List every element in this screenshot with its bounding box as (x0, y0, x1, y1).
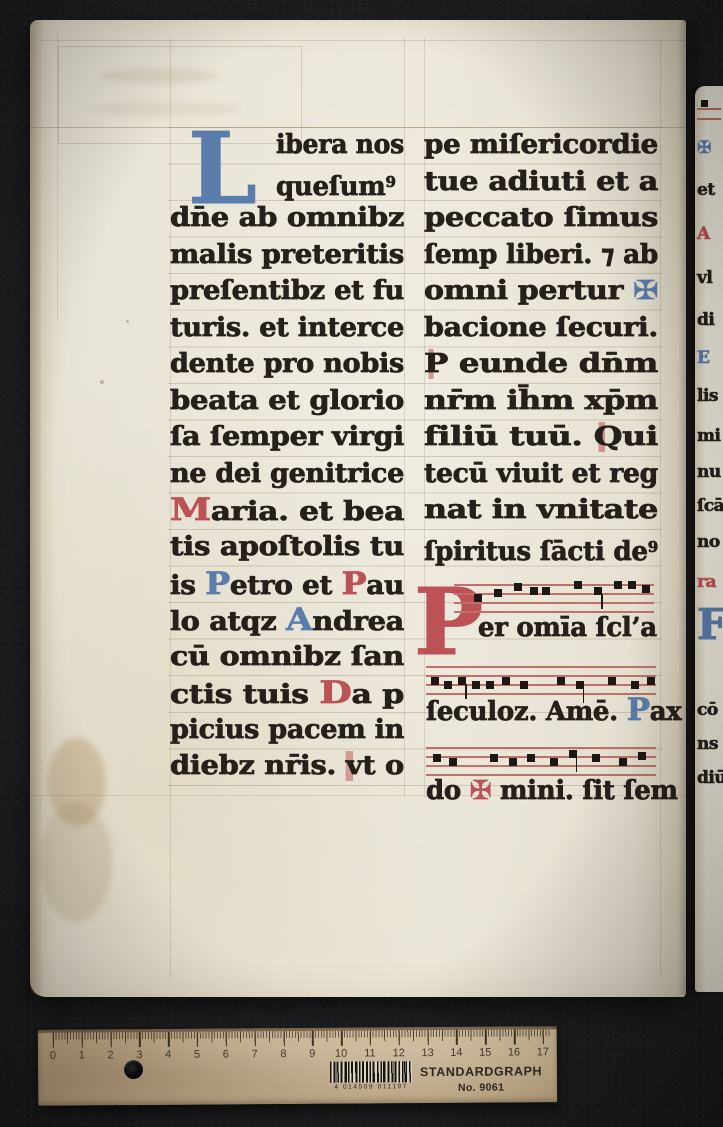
text-segment: 9 (648, 538, 658, 556)
text-segment: M (170, 492, 211, 528)
staff-line (454, 593, 654, 595)
ruler-cm-number: 16 (505, 1046, 523, 1058)
text-line: tis apoſtolis tu (170, 529, 406, 566)
text-segment: diebz nr̄is. (170, 751, 346, 781)
text-line: ſpiritus ſācti de9 (424, 529, 660, 566)
manuscript-page: L ibera nosqueſum9dn̄e ab omnibzmalis pr… (30, 20, 686, 997)
ruler-cm-number: 3 (130, 1049, 148, 1061)
text-segment: 9 (385, 173, 395, 191)
ruler-cm-tick (427, 1030, 428, 1045)
text-line: ſemp liberi. ⁊ ab (424, 237, 660, 274)
text-line: P eunde dn̄m (424, 346, 660, 383)
text-segment: turis. et interce (170, 313, 404, 343)
text-line: ne dei genitrice (170, 456, 406, 493)
fore-edge-fragment: diū (697, 768, 723, 788)
text-line: pe miſericordie (424, 127, 660, 164)
fore-edge-fragment: F (697, 600, 723, 649)
ruler-cm-number: 13 (419, 1047, 437, 1059)
ruler-cm-number: 12 (390, 1047, 408, 1059)
text-line: peccato ſimus (424, 200, 660, 237)
text-segment: preſentibz et fu (170, 276, 404, 306)
fore-edge-fragment (701, 100, 708, 107)
text-segment: mini. ſit ſem (491, 776, 677, 806)
ruler-cm-number: 15 (476, 1047, 494, 1059)
ruler-cm-number: 8 (274, 1048, 292, 1060)
ruler-cm-number: 0 (44, 1050, 62, 1062)
neume-note (638, 752, 646, 760)
ruler-cm-number: 11 (361, 1047, 379, 1059)
fore-edge-fragment: ns (697, 734, 723, 754)
text-line: is Petro et Pau (170, 566, 406, 603)
fore-edge-fragment: ſcā (697, 496, 723, 516)
text-segment: malis preteritis (170, 240, 404, 270)
staff-line (426, 747, 656, 749)
neume-note (542, 587, 550, 595)
text-segment: ui (622, 422, 658, 452)
ruling-vertical (57, 30, 58, 320)
neume-note (431, 677, 439, 685)
ruler-cm-tick (254, 1031, 255, 1046)
ruler-cm-tick (197, 1032, 198, 1047)
neume-tail (601, 594, 603, 609)
text-segment: eunde dn̄m (448, 349, 658, 379)
ruler-hanging-hole (124, 1060, 143, 1079)
barcode-digits: 4 014509 011197 (326, 1083, 416, 1091)
fore-edge-fragment: ✠ (697, 138, 723, 158)
text-line: filiū tuū. Qui (424, 419, 660, 456)
ruler-cm-tick (543, 1029, 544, 1044)
neume-note (490, 754, 498, 762)
text-segment: tis apoſtolis tu (170, 532, 404, 562)
neume-note (449, 758, 457, 766)
text-line: dente pro nobis (170, 346, 406, 383)
text-line: tecū viuit et reg (424, 456, 660, 493)
text-line: malis preteritis (170, 237, 406, 274)
ruler-brand: STANDARDGRAPH (418, 1064, 544, 1079)
neume-note (502, 677, 510, 685)
text-segment: aria. et bea (211, 497, 404, 527)
ruler-halfcm-ticks (53, 1029, 551, 1043)
fore-edge-fragment: di (697, 310, 723, 330)
ruler-cm-tick (226, 1031, 227, 1046)
fore-edge-fragment: nu (697, 462, 723, 482)
text-segment: ſa ſemper virgi (170, 422, 404, 452)
text-segment: ctis tuis (170, 680, 319, 710)
text-segment: t o (362, 751, 404, 781)
neume-note (647, 677, 655, 685)
text-segment: ſeculoz. Amē. (426, 697, 627, 727)
ruler-cm-number: 6 (217, 1048, 235, 1060)
chant-lyric-line: er omīa ſcl’a (478, 610, 657, 647)
fore-edge-fragment: E (697, 348, 723, 368)
text-segment: tue adiuti et a (424, 167, 658, 197)
text-segment: dente pro nobis (170, 349, 404, 379)
text-line: tue adiuti et a (424, 164, 660, 201)
chant-lyric-line: ſeculoz. Amē. Pax (426, 692, 681, 729)
ruler-cm-tick (312, 1031, 313, 1046)
staff-line (426, 666, 656, 668)
neume-note (550, 758, 558, 766)
text-line: diebz nr̄is. vt o (170, 748, 406, 785)
ruler-cm-number: 2 (102, 1049, 120, 1061)
text-segment: ✠ (470, 776, 492, 806)
staff-line (454, 584, 654, 586)
parchment-stain (40, 802, 112, 922)
photo-scene: L ibera nosqueſum9dn̄e ab omnibzmalis pr… (0, 0, 723, 1127)
ruler-cm-number: 14 (447, 1047, 465, 1059)
text-segment: do (426, 776, 470, 806)
text-segment: nr̄m ih̄m xp̄m (424, 386, 658, 416)
ruler-cm-tick (456, 1030, 457, 1045)
text-segment: D (319, 675, 351, 711)
chant-lyric-line: do ✠ mini. ſit ſem (426, 773, 678, 810)
fore-edge-fragment (697, 108, 721, 110)
text-line: ſa ſemper virgi (170, 419, 406, 456)
text-segment: is (170, 571, 205, 601)
ruler-cm-tick (514, 1029, 515, 1044)
neume-tail (576, 757, 578, 772)
text-segment: P (424, 349, 448, 379)
ruler-cm-number: 5 (188, 1049, 206, 1061)
neume-note (642, 585, 650, 593)
text-segment: a p (352, 680, 404, 710)
ruler-cm-tick (283, 1031, 284, 1046)
ruler-barcode-group: 4 014509 011197 (326, 1061, 416, 1091)
ruler-model-number: No. 9061 (418, 1081, 544, 1094)
text-segment: ibera nos (276, 130, 404, 160)
ruler-cm-number: 7 (246, 1048, 264, 1060)
ruler-cm-number: 1 (73, 1049, 91, 1061)
text-segment: ſpiritus ſācti de (424, 537, 648, 567)
ruler-cm-tick (82, 1032, 83, 1047)
ruler-cm-tick (399, 1030, 400, 1045)
ruler-cm-tick (341, 1031, 342, 1046)
text-line: nr̄m ih̄m xp̄m (424, 383, 660, 420)
text-segment: pe miſericordie (424, 130, 658, 160)
fore-edge-next-page: ✠etAvldiElisminuſcānoraFcōnsdiū (695, 86, 723, 992)
text-segment: er omīa ſcl’a (478, 613, 657, 643)
neume-note (614, 581, 622, 589)
right-text-column: pe miſericordietue adiuti et apeccato ſi… (424, 127, 660, 566)
fore-edge-fragment: A (697, 224, 723, 244)
text-segment: A (286, 602, 312, 638)
neume-note (608, 677, 616, 685)
ruler-cm-tick (110, 1032, 111, 1047)
ruler-cm-tick (53, 1033, 54, 1048)
text-segment: ſemp liberi. ⁊ ab (424, 240, 658, 270)
ruler-cm-number: 10 (332, 1048, 350, 1060)
ruler-cm-number: 9 (303, 1048, 321, 1060)
neume-note (628, 581, 636, 589)
ruler: 4 014509 011197 STANDARDGRAPH No. 9061 0… (38, 1026, 558, 1106)
text-segment: P (205, 566, 230, 602)
ruler-cm-number: 4 (159, 1049, 177, 1061)
text-line: ibera nos (170, 127, 406, 164)
text-line: queſum9 (170, 164, 406, 201)
text-line: turis. et interce (170, 310, 406, 347)
text-line: nat in vnitate (424, 492, 660, 529)
neume-note (527, 754, 535, 762)
ghost-text-smudge (100, 68, 220, 84)
neume-note (530, 587, 538, 595)
text-segment: beata et glorio (170, 386, 404, 416)
fore-edge-fragment: lis (697, 386, 723, 406)
neume-note (433, 754, 441, 762)
text-segment: filiū tuū. (424, 422, 594, 452)
text-segment: ne dei genitrice (170, 459, 404, 489)
fore-edge-fragment: no (697, 532, 723, 552)
text-segment: nat in vnitate (424, 495, 658, 525)
neume-note (486, 681, 494, 689)
neume-note (509, 758, 517, 766)
ruler-brand-group: STANDARDGRAPH No. 9061 (418, 1064, 544, 1094)
text-segment: P (627, 692, 650, 728)
text-segment: peccato ſimus (424, 203, 658, 233)
text-segment: picius pacem in (170, 715, 404, 745)
text-segment: ndrea (312, 607, 404, 637)
text-line: Maria. et bea (170, 492, 406, 529)
fore-edge-fragment: et (697, 180, 723, 200)
neume-note (557, 677, 565, 685)
ruler-cm-tick (139, 1032, 140, 1047)
music-notation-block: P er omīa ſcl’aſeculoz. Amē. Paxdo ✠ m… (424, 572, 660, 820)
text-line: lo atqz Andrea (170, 602, 406, 639)
neume-note (619, 758, 627, 766)
text-segment: dn̄e ab omnibz (170, 203, 404, 233)
neume-note (494, 589, 502, 597)
text-segment: P (341, 566, 366, 602)
fore-edge-fragment: vl (697, 268, 723, 288)
text-line: omni pertur ✠ (424, 273, 660, 310)
text-line: dn̄e ab omnibz (170, 200, 406, 237)
ruler-cm-tick (370, 1030, 371, 1045)
neume-note (474, 594, 482, 602)
neume-note (514, 583, 522, 591)
text-segment: ✠ (633, 276, 658, 306)
text-line: cū omnibz ſan (170, 639, 406, 676)
neume-note (472, 681, 480, 689)
barcode (330, 1061, 412, 1083)
text-segment: omni pertur (424, 276, 633, 306)
neume-note (592, 754, 600, 762)
fore-edge-fragment: mi (697, 426, 723, 446)
text-line: picius pacem in (170, 712, 406, 749)
left-text-column: ibera nosqueſum9dn̄e ab omnibzmalis pret… (170, 127, 406, 785)
parchment-speck (100, 380, 104, 384)
text-segment: queſum (276, 172, 385, 202)
ruler-cm-number: 17 (534, 1046, 552, 1058)
text-segment: etro et (230, 571, 342, 601)
text-line: preſentibz et fu (170, 273, 406, 310)
neume-note (444, 681, 452, 689)
ruler-cm-tick (485, 1030, 486, 1045)
text-segment: v (346, 751, 362, 781)
fore-edge-fragment: cō (697, 700, 723, 720)
text-segment: bacione ſecuri. (424, 313, 658, 343)
text-segment: Q (594, 422, 622, 452)
text-segment: lo atqz (170, 607, 286, 637)
ruler-cm-tick (168, 1032, 169, 1047)
text-segment: au (366, 571, 404, 601)
neume-note (574, 581, 582, 589)
neume-note (520, 681, 528, 689)
ruling-horizontal (40, 40, 688, 41)
neume-note (631, 681, 639, 689)
fore-edge-fragment (697, 118, 721, 120)
text-segment: cū omnibz ſan (170, 642, 404, 672)
text-segment: ax (650, 697, 682, 727)
text-line: beata et glorio (170, 383, 406, 420)
fore-edge-fragment: ra (697, 572, 723, 592)
parchment-speck (126, 320, 129, 323)
text-line: ctis tuis Da p (170, 675, 406, 712)
text-line: bacione ſecuri. (424, 310, 660, 347)
staff-line (454, 602, 654, 604)
text-segment: tecū viuit et reg (424, 459, 658, 489)
